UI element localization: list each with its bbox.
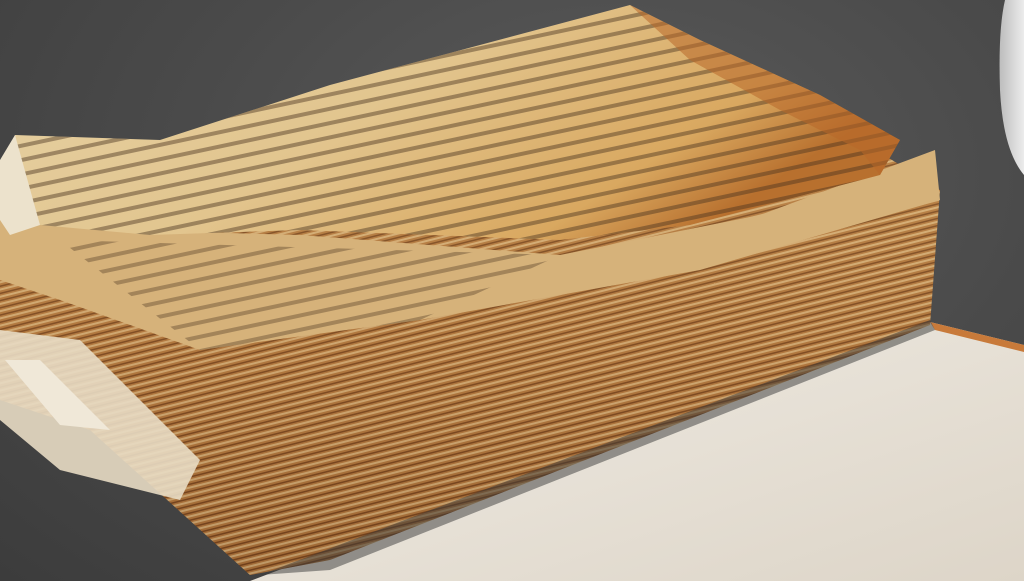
manuscript-photo: Ancient parchment manuscript codex with … xyxy=(0,0,1024,581)
white-object xyxy=(1000,0,1024,175)
manuscript-illustration xyxy=(0,0,1024,581)
